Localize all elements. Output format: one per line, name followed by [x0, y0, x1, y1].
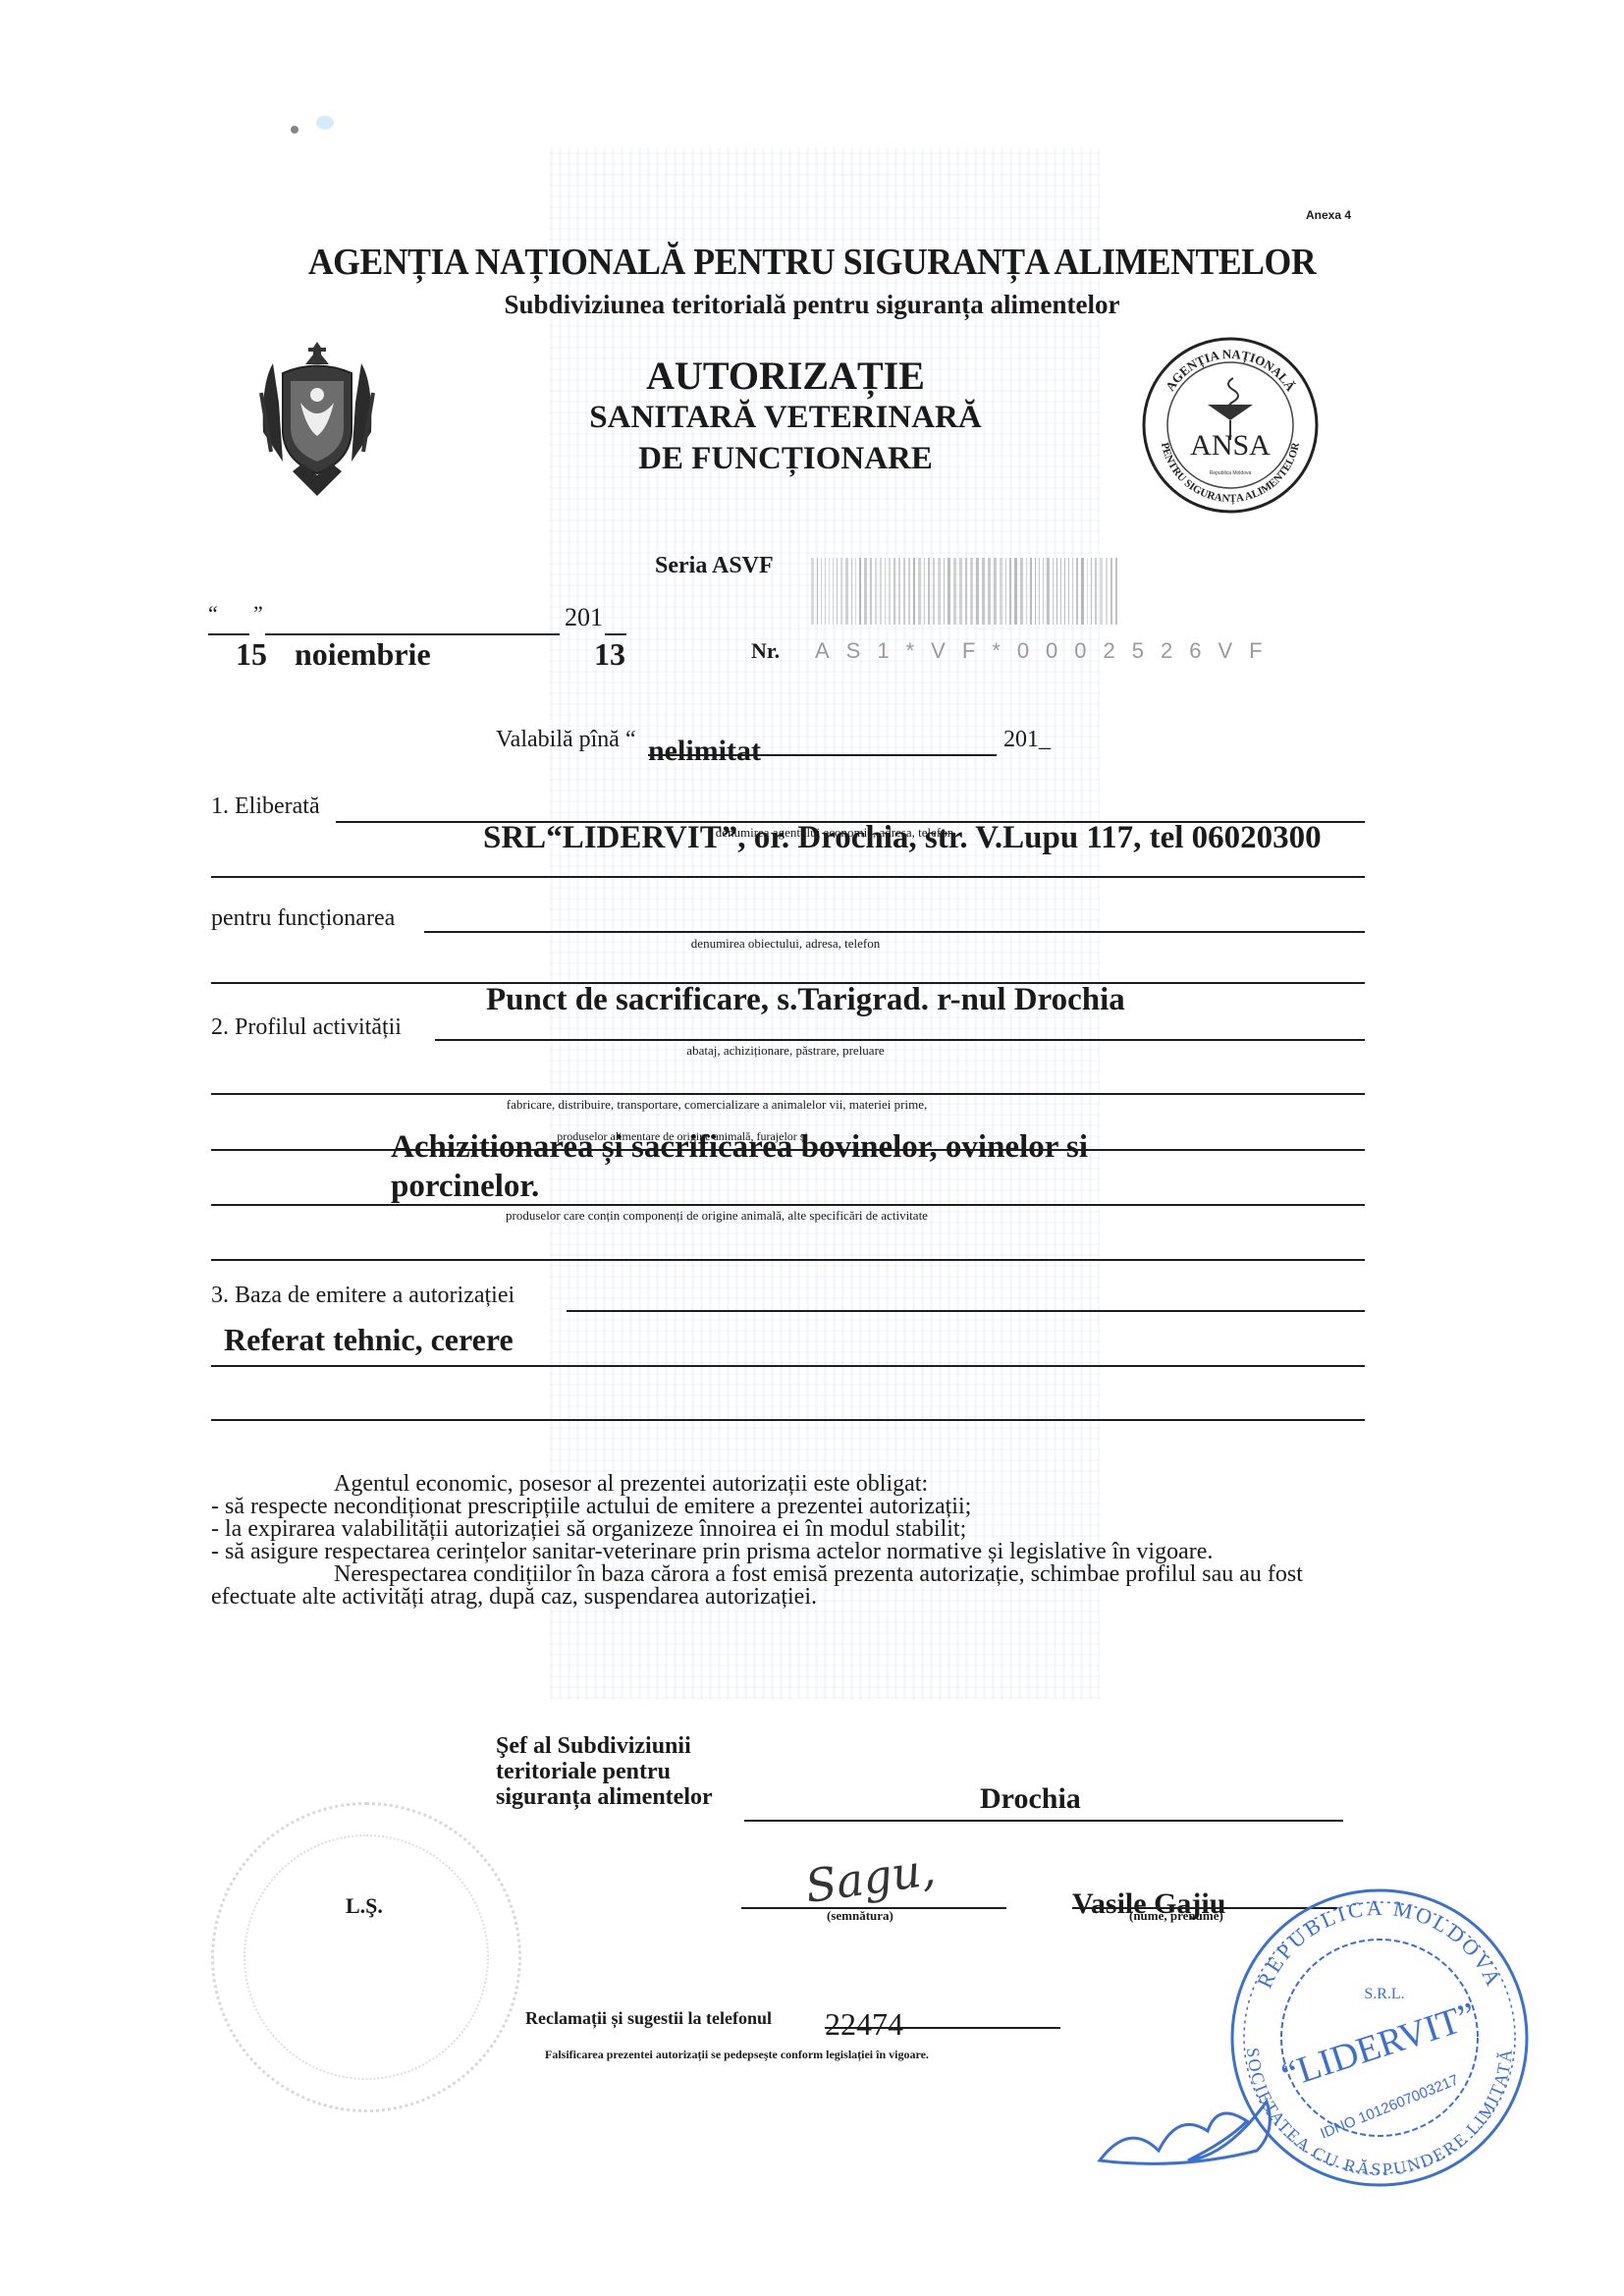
svg-text:REPUBLICA MOLDOVA: REPUBLICA MOLDOVA	[1252, 1895, 1507, 1993]
barcode	[811, 558, 1353, 625]
obligations-warning: Nerespectarea condițiilor în baza cărora…	[211, 1563, 1370, 1609]
contact-label: Reclamații și sugestii la telefonul	[525, 2008, 772, 2029]
issued-to-line-2	[211, 876, 1365, 878]
ansa-seal-icon: AGENȚIA NAȚIONALĂ PENTRU SIGURANȚA ALIME…	[1139, 334, 1322, 517]
chief-title-line: teritoriale pentru	[496, 1759, 713, 1784]
activity-line-1	[435, 1039, 1365, 1041]
chief-title-line: siguranța alimentelor	[496, 1784, 713, 1810]
number-label: Nr.	[751, 638, 780, 664]
obligation-item: - la expirarea valabilității autorizație…	[211, 1518, 1370, 1541]
svg-text:ANSA: ANSA	[1190, 429, 1271, 462]
obligation-item: - să respecte necondiționat prescripțiil…	[211, 1496, 1370, 1518]
subdivision-name: Subdiviziunea teritorială pentru siguran…	[0, 290, 1624, 320]
title-line-1: AUTORIZAȚIE	[511, 355, 1060, 397]
series-label: Seria ASVF	[655, 553, 774, 579]
agency-name: AGENȚIA NAȚIONALĂ PENTRU SIGURANȚA ALIME…	[49, 241, 1576, 284]
activity-line-4	[211, 1204, 1365, 1206]
falsification-note: Falsificarea prezentei autorizații se pe…	[545, 2048, 929, 2062]
company-stamp-icon: REPUBLICA MOLDOVA SOCIETATEA CU RĂSPUNDE…	[1080, 1871, 1532, 2195]
contact-phone: 22474	[825, 2006, 903, 2043]
serial-number: AS1*VF*0002526VF	[815, 638, 1279, 664]
activity-caption-2: fabricare, distribuire, transportare, co…	[334, 1097, 1100, 1113]
date-month: noiembrie	[295, 636, 431, 673]
basis-line-3	[211, 1419, 1365, 1421]
date-day-line	[208, 633, 249, 635]
date-year: 13	[594, 636, 625, 673]
scan-artifact	[316, 116, 334, 130]
date-close-quote: ”	[253, 601, 263, 627]
obligation-item: - să asigure respectarea cerințelor sani…	[211, 1541, 1370, 1563]
activity-caption-4: produselor care conțin componenți de ori…	[334, 1208, 1100, 1224]
activity-line-2	[211, 1093, 1365, 1095]
svg-text:Republica Moldova: Republica Moldova	[1210, 470, 1252, 476]
validity-value: nelimitat	[648, 735, 761, 768]
issued-to-label: 1. Eliberată	[211, 793, 320, 820]
date-day: 15	[236, 636, 267, 673]
svg-text:IDNO 1012607003217: IDNO 1012607003217	[1318, 2071, 1461, 2142]
obligations-text: Agentul economic, posesor al prezentei a…	[211, 1473, 1370, 1609]
handwritten-signature: Sagu,	[802, 1842, 939, 1913]
activity-value-line-1: Achizitionarea și sacrificarea bovinelor…	[391, 1129, 1088, 1166]
svg-text:S.R.L.: S.R.L.	[1364, 1986, 1404, 2002]
activity-label: 2. Profilul activității	[211, 1014, 402, 1041]
date-month-line	[265, 633, 560, 635]
operation-label: pentru funcționarea	[211, 905, 395, 932]
signature-caption: (semnătura)	[827, 1908, 893, 1924]
issued-to-value: SRL“LIDERVIT”, or. Drochia, str. V.Lupu …	[483, 820, 1322, 856]
title-line-3: DE FUNCȚIONARE	[511, 438, 1060, 479]
operation-line	[424, 931, 1365, 933]
faded-official-stamp	[211, 1802, 521, 2112]
date-open-quote: “	[208, 601, 218, 627]
chief-title: Şef al Subdiviziunii teritoriale pentru …	[496, 1733, 713, 1810]
chief-title-line: Şef al Subdiviziunii	[496, 1733, 713, 1759]
validity-label: Valabilă pînă “	[496, 727, 636, 753]
date-year-prefix: 201	[565, 603, 603, 632]
activity-line-5	[211, 1259, 1365, 1261]
activity-caption-1: abataj, achiziționare, păstrare, preluar…	[550, 1043, 1021, 1059]
title-line-2: SANITARĂ VETERINARĂ	[511, 397, 1060, 438]
subdivision-value: Drochia	[980, 1782, 1081, 1816]
basis-line	[567, 1310, 1365, 1312]
seal-label: L.Ş.	[346, 1893, 383, 1919]
annex-label: Anexa 4	[1306, 208, 1351, 222]
operation-caption: denumirea obiectului, adresa, telefon	[550, 936, 1021, 952]
basis-label: 3. Baza de emitere a autorizației	[211, 1283, 514, 1309]
coat-of-arms-icon	[253, 334, 381, 501]
operation-value: Punct de sacrificare, s.Tarigrad. r-nul …	[486, 982, 1125, 1018]
obligations-intro: Agentul economic, posesor al prezentei a…	[211, 1473, 1370, 1496]
subdivision-line	[744, 1820, 1343, 1822]
validity-year: 201_	[1003, 727, 1051, 753]
date-year-line	[605, 633, 626, 635]
basis-value: Referat tehnic, cerere	[224, 1322, 514, 1358]
basis-line-2	[211, 1365, 1365, 1367]
scan-artifact	[291, 126, 298, 134]
document-title: AUTORIZAȚIE SANITARĂ VETERINARĂ DE FUNCȚ…	[511, 355, 1060, 479]
activity-value-line-2: porcinelor.	[391, 1169, 539, 1205]
